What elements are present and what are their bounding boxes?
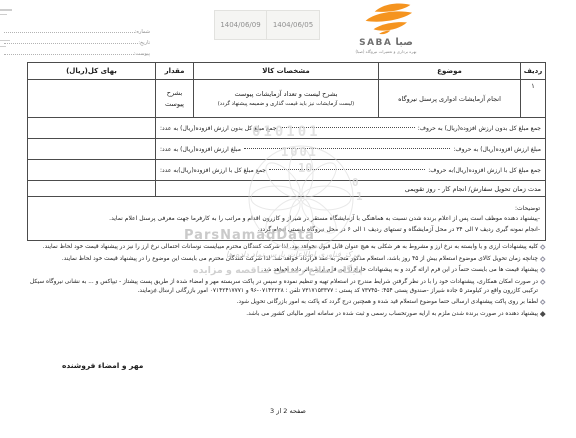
scan-artifact bbox=[0, 14, 7, 15]
term-form-only: پیشنهاد قیمت ها می بایست حتماً در این فر… bbox=[30, 266, 547, 275]
item-qty-line2: پیوست bbox=[156, 99, 193, 109]
item-qty: بشرح پیوست bbox=[156, 80, 194, 118]
item-row: ۱ انجام آزمایشات ادواری پرسنل نیروگاه بش… bbox=[28, 80, 546, 118]
saba-swoosh-icon bbox=[357, 2, 415, 36]
terms-list: کلیه پیشنهادات ارزی و یا وابسته به نرخ ا… bbox=[30, 243, 547, 322]
ref-attachment-label: پیوست: bbox=[134, 51, 152, 57]
seller-signature-label: مهر و امضاء فروشنده bbox=[62, 361, 143, 370]
notes-line2: -انجام نمونه گیری ردیف ۷ الی ۳۴ در محل آ… bbox=[33, 225, 540, 234]
term-delivery-45-days: چنانچه زمان تحویل کالای موضوع استعلام بی… bbox=[30, 255, 547, 264]
header-specs: مشخصات کالا bbox=[194, 63, 379, 80]
notes-line1: -پیشنهاد دهنده موظف است پس از اعلام برند… bbox=[33, 214, 540, 223]
page-number: صفحه 2 از 3 bbox=[0, 407, 576, 415]
ref-date-line bbox=[4, 43, 138, 44]
diamond-bullet-icon bbox=[538, 266, 547, 275]
fill-in-dotted-line bbox=[280, 127, 415, 128]
term-official-invoice: پیشنهاد دهنده در صورت برنده شدن ملزم به … bbox=[30, 310, 547, 319]
saba-logo: SABA صبا بهره برداری و تعمیرات نیروگاه (… bbox=[330, 2, 442, 54]
vat-amount bbox=[28, 139, 156, 160]
total-with-vat-words-label: جمع مبلغ کل با ارزش افزوده(ریال)به حروف: bbox=[428, 167, 541, 174]
vat-amount-cell: مبلغ ارزش افزوده(ریال) به حروف: مبلغ ارز… bbox=[156, 139, 546, 160]
term-envelope-label: لطفا بر روی پاکت پیشنهادی ارسالی حتما مو… bbox=[30, 298, 547, 307]
total-with-vat-amount bbox=[28, 160, 156, 181]
ref-date-row: تاریخ: bbox=[0, 35, 152, 46]
item-total-price bbox=[28, 80, 156, 118]
diamond-bullet-icon bbox=[538, 255, 547, 264]
total-without-vat-row: جمع مبلغ کل بدون ارزش افزوده(ریال) به حر… bbox=[28, 118, 546, 139]
term-currency: کلیه پیشنهادات ارزی و یا وابسته به نرخ ا… bbox=[30, 243, 547, 252]
item-specs-line1: بشرح لیست و تعداد آزمایشات پیوست bbox=[194, 90, 378, 98]
ref-date-label: تاریخ: bbox=[138, 40, 152, 46]
total-without-vat-amount bbox=[28, 118, 156, 139]
term-text: کلیه پیشنهادات ارزی و یا وابسته به نرخ ا… bbox=[30, 243, 538, 252]
item-index: ۱ bbox=[521, 80, 546, 118]
total-with-vat-figures-label: جمع مبلغ کل با ارزش افزوده(ریال)به عدد: bbox=[160, 167, 266, 174]
date-stamp-right: 1404/06/05 bbox=[267, 10, 320, 40]
ref-attachment-line bbox=[4, 54, 134, 55]
vat-amount-row: مبلغ ارزش افزوده(ریال) به حروف: مبلغ ارز… bbox=[28, 139, 546, 160]
item-qty-line1: بشرح bbox=[156, 88, 193, 98]
table-header-row: ردیف موضوع مشخصات کالا مقدار بهای کل(ریا… bbox=[28, 63, 546, 80]
total-with-vat-cell: جمع مبلغ کل با ارزش افزوده(ریال)به حروف:… bbox=[156, 160, 546, 181]
scan-artifact bbox=[0, 9, 12, 11]
inquiry-table: ردیف موضوع مشخصات کالا مقدار بهای کل(ریا… bbox=[27, 62, 546, 241]
vat-words-label: مبلغ ارزش افزوده(ریال) به حروف: bbox=[453, 146, 541, 153]
saba-persian-wordmark: صبا bbox=[395, 37, 413, 48]
reference-fields: شماره: تاریخ: پیوست: bbox=[0, 24, 152, 57]
diamond-bullet-icon bbox=[538, 278, 547, 295]
saba-logo-text: SABA صبا bbox=[359, 37, 413, 48]
header-total-price: بهای کل(ریال) bbox=[28, 63, 156, 80]
item-specs: بشرح لیست و تعداد آزمایشات پیوست (لیست آ… bbox=[194, 80, 379, 118]
header-qty: مقدار bbox=[156, 63, 194, 80]
term-text: پیشنهاد قیمت ها می بایست حتماً در این فر… bbox=[30, 266, 538, 275]
total-with-vat-row: جمع مبلغ کل با ارزش افزوده(ریال)به حروف:… bbox=[28, 160, 546, 181]
notes-cell: توضیحات: -پیشنهاد دهنده موظف است پس از ا… bbox=[28, 197, 546, 241]
term-text: پیشنهاد دهنده در صورت برنده شدن ملزم به … bbox=[30, 310, 538, 319]
notes-row: توضیحات: -پیشنهاد دهنده موظف است پس از ا… bbox=[28, 197, 546, 241]
saba-logo-tagline: بهره برداری و تعمیرات نیروگاه (صبا) bbox=[355, 49, 416, 54]
term-text: لطفا بر روی پاکت پیشنهادی ارسالی حتما مو… bbox=[30, 298, 538, 307]
total-without-vat-figures-label: جمع مبلغ کل بدون ارزش افزوده(ریال) به عد… bbox=[160, 125, 277, 132]
saba-latin-wordmark: SABA bbox=[359, 38, 392, 48]
fill-in-dotted-line bbox=[269, 169, 425, 170]
header-subject: موضوع bbox=[379, 63, 521, 80]
date-stamp-boxes: 1404/06/09 1404/06/05 bbox=[214, 10, 320, 40]
term-mailing-address: در صورت امکان همکاری، پیشنهادات خود را ب… bbox=[30, 278, 547, 295]
ref-number-line bbox=[4, 32, 135, 33]
ref-number-row: شماره: bbox=[0, 24, 152, 35]
diamond-bullet-icon bbox=[538, 298, 547, 307]
total-without-vat-cell: جمع مبلغ کل بدون ارزش افزوده(ریال) به حر… bbox=[156, 118, 546, 139]
delivery-time-label: مدت زمان تحویل سفارش/ انجام کار - روز تق… bbox=[156, 181, 546, 197]
diamond-bullet-icon bbox=[538, 310, 547, 319]
header-row-number: ردیف bbox=[521, 63, 546, 80]
diamond-bullet-icon bbox=[538, 243, 547, 252]
fill-in-dotted-line bbox=[244, 148, 450, 149]
term-text: چنانچه زمان تحویل کالای موضوع استعلام بی… bbox=[30, 255, 538, 264]
item-subject: انجام آزمایشات ادواری پرسنل نیروگاه bbox=[379, 80, 521, 118]
total-without-vat-words-label: جمع مبلغ کل بدون ارزش افزوده(ریال) به حر… bbox=[418, 125, 541, 132]
notes-title: توضیحات: bbox=[33, 204, 540, 213]
item-specs-line2: (لیست آزمایشات نیز باید قیمت گذاری و ضمی… bbox=[194, 101, 378, 107]
date-stamp-left: 1404/06/09 bbox=[214, 10, 267, 40]
delivery-time-row: مدت زمان تحویل سفارش/ انجام کار - روز تق… bbox=[28, 181, 546, 197]
vat-figures-label: مبلغ ارزش افزوده(ریال) به عدد: bbox=[160, 146, 241, 153]
ref-number-label: شماره: bbox=[135, 29, 152, 35]
term-text: در صورت امکان همکاری، پیشنهادات خود را ب… bbox=[30, 278, 538, 295]
delivery-time-value bbox=[28, 181, 156, 197]
ref-attachment-row: پیوست: bbox=[0, 46, 152, 57]
